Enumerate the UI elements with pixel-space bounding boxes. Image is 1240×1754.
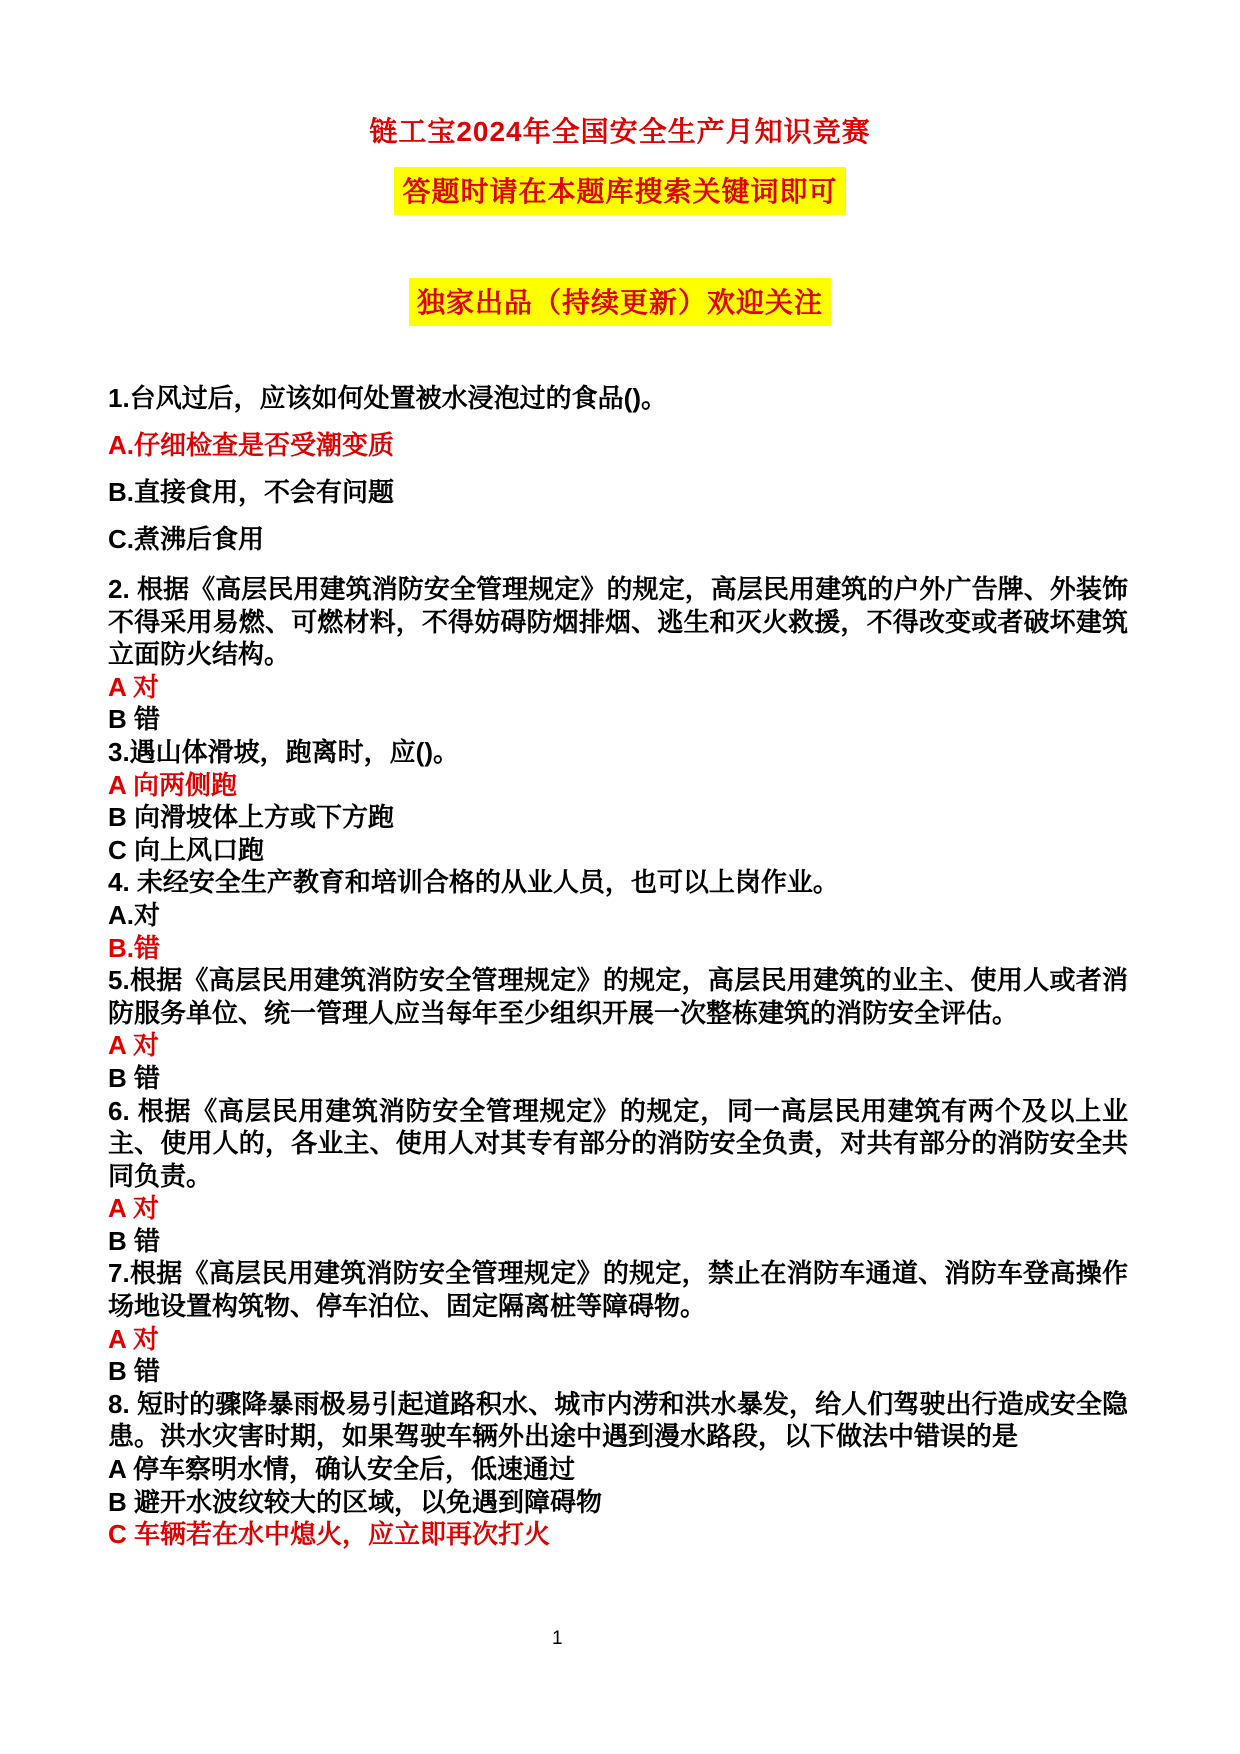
search-hint-row: 答题时请在本题库搜索关键词即可: [0, 167, 1240, 215]
question-1-option-b: B.直接食用，不会有问题: [108, 479, 1128, 506]
question-3-option-c: C 向上风口跑: [108, 834, 1128, 867]
question-4: 4. 未经安全生产教育和培训合格的从业人员，也可以上岗作业。 A.对 B.错: [108, 866, 1128, 964]
question-5-text: 5.根据《高层民用建筑消防安全管理规定》的规定，高层民用建筑的业主、使用人或者消…: [108, 964, 1128, 1029]
question-6-option-b: B 错: [108, 1225, 1128, 1258]
question-5-option-b: B 错: [108, 1062, 1128, 1095]
question-2-option-b: B 错: [108, 703, 1128, 736]
question-4-option-b: B.错: [108, 932, 1128, 965]
question-8-option-b: B 避开水波纹较大的区域，以免遇到障碍物: [108, 1486, 1128, 1519]
question-4-option-a: A.对: [108, 899, 1128, 932]
follow-note-highlight: 独家出品（持续更新）欢迎关注: [409, 278, 831, 326]
question-3-option-a: A 向两侧跑: [108, 769, 1128, 802]
question-7-option-b: B 错: [108, 1355, 1128, 1388]
question-3: 3.遇山体滑坡，跑离时，应()。 A 向两侧跑 B 向滑坡体上方或下方跑 C 向…: [108, 736, 1128, 866]
question-1-text: 1.台风过后，应该如何处置被水浸泡过的食品()。: [108, 385, 1128, 412]
document-header: 链工宝2024年全国安全生产月知识竞赛 答题时请在本题库搜索关键词即可 独家出品…: [0, 0, 1240, 326]
question-1: 1.台风过后，应该如何处置被水浸泡过的食品()。 A.仔细检查是否受潮变质 B.…: [108, 385, 1128, 553]
question-2: 2. 根据《高层民用建筑消防安全管理规定》的规定，高层民用建筑的户外广告牌、外装…: [108, 573, 1128, 736]
question-6-text: 6. 根据《高层民用建筑消防安全管理规定》的规定，同一高层民用建筑有两个及以上业…: [108, 1095, 1128, 1193]
question-6-option-a: A 对: [108, 1192, 1128, 1225]
question-8-option-c: C 车辆若在水中熄火，应立即再次打火: [108, 1518, 1128, 1551]
question-1-option-a: A.仔细检查是否受潮变质: [108, 432, 1128, 459]
question-7-text: 7.根据《高层民用建筑消防安全管理规定》的规定，禁止在消防车通道、消防车登高操作…: [108, 1257, 1128, 1322]
search-hint-highlight: 答题时请在本题库搜索关键词即可: [394, 167, 845, 215]
question-list: 1.台风过后，应该如何处置被水浸泡过的食品()。 A.仔细检查是否受潮变质 B.…: [0, 326, 1240, 1551]
document-page: 链工宝2024年全国安全生产月知识竞赛 答题时请在本题库搜索关键词即可 独家出品…: [0, 0, 1240, 1754]
question-3-text: 3.遇山体滑坡，跑离时，应()。: [108, 736, 1128, 769]
question-1-option-c: C.煮沸后食用: [108, 526, 1128, 553]
question-8-option-a: A 停车察明水情，确认安全后，低速通过: [108, 1453, 1128, 1486]
question-7-option-a: A 对: [108, 1323, 1128, 1356]
question-8-text: 8. 短时的骤降暴雨极易引起道路积水、城市内涝和洪水暴发，给人们驾驶出行造成安全…: [108, 1388, 1128, 1453]
question-8: 8. 短时的骤降暴雨极易引起道路积水、城市内涝和洪水暴发，给人们驾驶出行造成安全…: [108, 1388, 1128, 1551]
question-7: 7.根据《高层民用建筑消防安全管理规定》的规定，禁止在消防车通道、消防车登高操作…: [108, 1257, 1128, 1387]
question-5-option-a: A 对: [108, 1029, 1128, 1062]
question-2-text: 2. 根据《高层民用建筑消防安全管理规定》的规定，高层民用建筑的户外广告牌、外装…: [108, 573, 1128, 671]
question-5: 5.根据《高层民用建筑消防安全管理规定》的规定，高层民用建筑的业主、使用人或者消…: [108, 964, 1128, 1094]
question-2-option-a: A 对: [108, 671, 1128, 704]
question-4-text: 4. 未经安全生产教育和培训合格的从业人员，也可以上岗作业。: [108, 866, 1128, 899]
question-6: 6. 根据《高层民用建筑消防安全管理规定》的规定，同一高层民用建筑有两个及以上业…: [108, 1095, 1128, 1258]
document-title: 链工宝2024年全国安全生产月知识竞赛: [0, 110, 1240, 150]
page-number: 1: [552, 1628, 563, 1650]
question-block: 2. 根据《高层民用建筑消防安全管理规定》的规定，高层民用建筑的户外广告牌、外装…: [108, 573, 1128, 1551]
question-3-option-b: B 向滑坡体上方或下方跑: [108, 801, 1128, 834]
follow-note-row: 独家出品（持续更新）欢迎关注: [0, 278, 1240, 326]
